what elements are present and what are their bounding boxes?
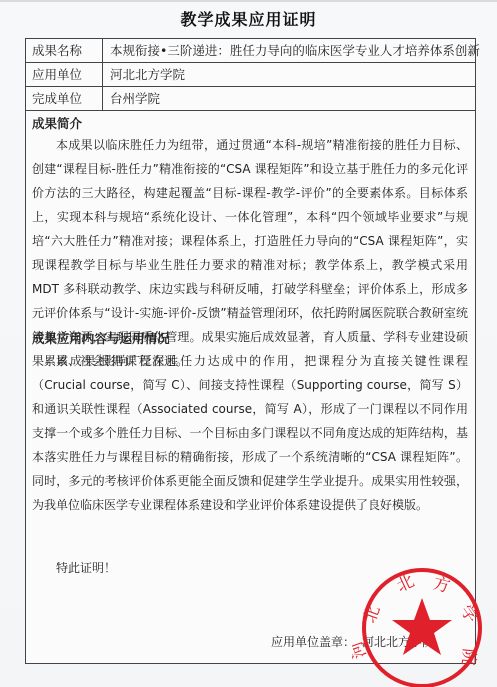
svg-text:方: 方 <box>431 574 453 598</box>
svg-text:河: 河 <box>352 638 371 661</box>
row-label: 完成单位 <box>26 87 103 110</box>
page-edge <box>0 0 497 2</box>
row-value: 河北北方学院 <box>110 63 185 86</box>
seal-label: 应用单位盖章： <box>271 633 355 650</box>
document-page: 教学成果应用证明 成果名称 本规衔接•三阶递进：胜任力导向的临床医学专业人才培养… <box>0 0 497 687</box>
info-row-applying-unit: 应用单位 河北北方学院 <box>26 63 475 87</box>
section-heading-summary: 成果简介 <box>32 114 82 132</box>
row-label: 成果名称 <box>26 39 103 62</box>
info-row-achievement-name: 成果名称 本规衔接•三阶递进：胜任力导向的临床医学专业人才培养体系创新 <box>26 39 475 63</box>
certify-text: 特此证明！ <box>56 559 116 576</box>
row-value: 台州学院 <box>110 87 160 110</box>
document-title: 教学成果应用证明 <box>0 7 497 30</box>
section-heading-application: 成果应用内容与运用情况 <box>32 329 170 347</box>
row-label: 应用单位 <box>26 63 103 86</box>
info-row-completing-unit: 完成单位 台州学院 <box>26 87 475 111</box>
row-value: 本规衔接•三阶递进：胜任力导向的临床医学专业人才培养体系创新 <box>110 39 480 62</box>
official-seal-icon: 北 北 方 学 院 河 <box>352 558 492 687</box>
svg-text:院: 院 <box>458 648 479 667</box>
section-body-application: 该成果根据课程在胜任力达成中的作用，把课程分为直接关键性课程（Crucial c… <box>32 349 468 517</box>
